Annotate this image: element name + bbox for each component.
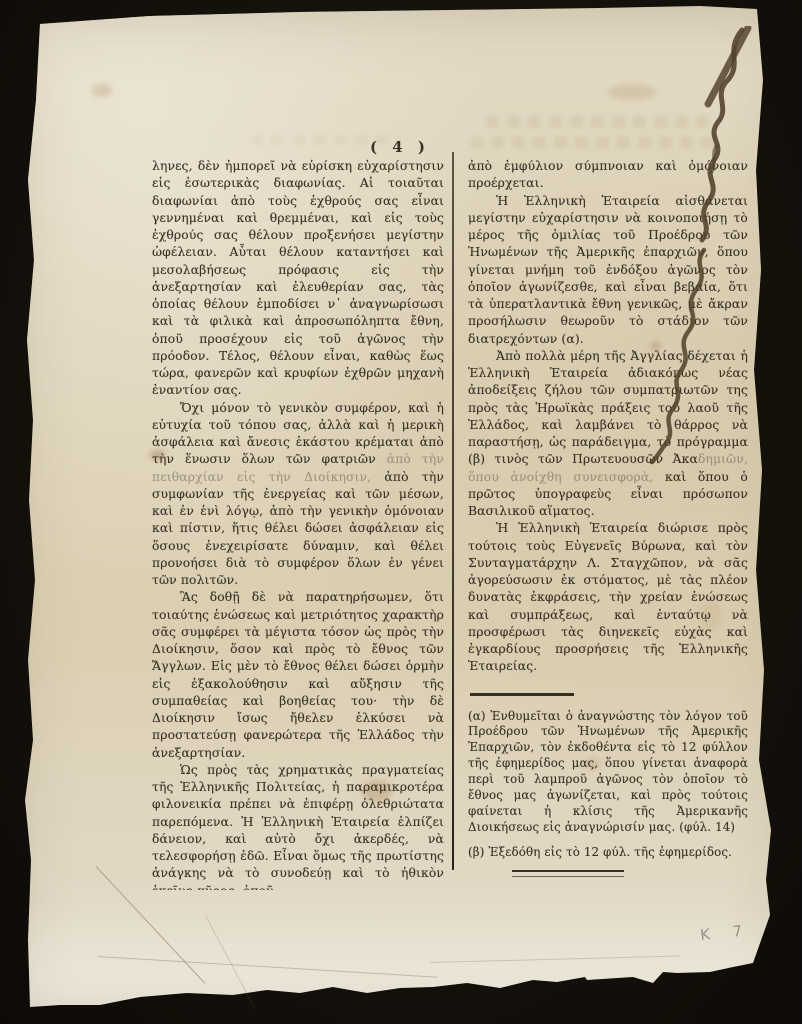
print-segment: Ἀπὸ πολλὰ μέρη τῆς Ἀγγλίας δέχεται ἡ Ἑλλ… (468, 349, 748, 467)
scanned-page-stage: ( 4 ) ληνες, δὲν ἠμπορεῖ νὰ εὑρίσκη εὐχα… (0, 0, 802, 1024)
print-segment: Ὡς πρὸς τὰς χρηματικὰς πραγματείας τῆς Ἑ… (152, 763, 444, 890)
footnote-separator-rule (470, 693, 574, 696)
text-column-right: ἀπὸ ἐμφύλιον σύμπνοιαν καὶ ὁμόνοιαν προέ… (468, 158, 748, 890)
print-segment: ἀπὸ ἐμφύλιον σύμπνοιαν καὶ ὁμόνοιαν προέ… (468, 159, 748, 190)
paragraph: Ἀπὸ πολλὰ μέρη τῆς Ἀγγλίας δέχεται ἡ Ἑλλ… (468, 348, 748, 521)
paragraph: ληνες, δὲν ἠμπορεῖ νὰ εὑρίσκη εὐχαρίστησ… (152, 158, 444, 400)
print-segment: Ἂς δοθῇ δὲ νὰ παρατηρήσωμεν, ὅτι τοιαύτη… (152, 590, 444, 759)
print-segment: Ἡ Ἑλληνικὴ Ἑταιρεία διώρισε πρὸς τούτοις… (468, 521, 748, 673)
footnote: (α) Ἐνθυμεῖται ὁ ἀναγνώστης τὸν λόγον το… (468, 709, 748, 836)
paragraph: Ὡς πρὸς τὰς χρηματικὰς πραγματείας τῆς Ἑ… (152, 762, 444, 890)
paragraph: Ὄχι μόνον τὸ γενικὸν συμφέρον, καὶ ἡ εὐτ… (152, 400, 444, 590)
print-segment: ληνες, δὲν ἠμπορεῖ νὰ εὑρίσκη εὐχαρίστησ… (152, 159, 444, 397)
page-number: ( 4 ) (352, 138, 448, 156)
paragraph: Ἡ Ἑλληνικὴ Ἑταιρεία αἰσθάνεται μεγίστην … (468, 193, 748, 348)
print-segment: ἀπὸ τὴν συμφωνίαν τῆς ἐνεργείας καὶ τῶν … (152, 470, 444, 588)
footnote-end-rule (512, 870, 624, 877)
footnote: (β) Ἐξεδόθη εἰς τὸ 12 φύλ. τῆς ἐφημερίδο… (468, 845, 748, 861)
paragraph: Ἡ Ἑλληνικὴ Ἑταιρεία διώρισε πρὸς τούτοις… (468, 520, 748, 675)
paragraph: ἀπὸ ἐμφύλιον σύμπνοιαν καὶ ὁμόνοιαν προέ… (468, 158, 748, 193)
column-divider-rule (452, 152, 454, 870)
text-column-left: ληνες, δὲν ἠμπορεῖ νὰ εὑρίσκη εὐχαρίστησ… (152, 158, 444, 890)
paragraph: Ἂς δοθῇ δὲ νὰ παρατηρήσωμεν, ὅτι τοιαύτη… (152, 589, 444, 762)
print-segment: Ἡ Ἑλληνικὴ Ἑταιρεία αἰσθάνεται μεγίστην … (468, 194, 748, 346)
